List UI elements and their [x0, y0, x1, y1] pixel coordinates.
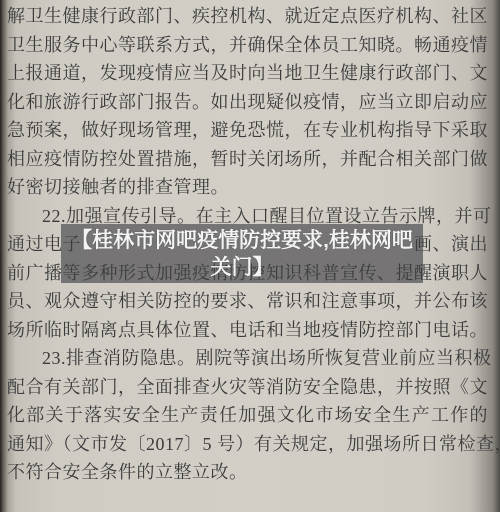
document-text-line: 好密切接触者的排查管理。 — [7, 173, 488, 202]
document-text-line: 通知》（文市发〔2017〕5 号）有关规定，加强场所日常检查， — [7, 430, 488, 459]
document-text-line: 急预案，做好现场管理，避免恐慌，在专业机构指导下采取 — [7, 116, 488, 145]
document-text-line: 卫生服务中心等联系方式，并确保全体员工知晓。畅通疫情 — [7, 31, 488, 60]
document-text-line: 相应疫情防控处置措施，暂时关闭场所，并配合相关部门做 — [7, 145, 488, 174]
caption-title: 【桂林市网吧疫情防控要求,桂林网吧关门】 — [61, 227, 423, 281]
document-text-line: 场所临时隔离点具体位置、电话和当地疫情防控部门电话。 — [7, 316, 488, 345]
scanned-document-page: 解卫生健康行政部门、疾控机构、就近定点医疗机构、社区 卫生服务中心等联系方式，并… — [0, 0, 500, 512]
document-text-line: 不符合安全条件的立整立改。 — [7, 458, 488, 487]
document-text-line: 员、观众遵守相关防控的要求、常识和注意事项，并公布该 — [7, 287, 488, 316]
document-text-line: 配合有关部门，全面排查火灾等消防安全隐患，并按照《文 — [7, 373, 488, 402]
document-text-fragment: 画、演出 — [414, 230, 488, 259]
document-text-line: 23.排查消防隐患。剧院等演出场所恢复营业前应当积极 — [7, 344, 488, 373]
document-text-line: 上报通道，发现疫情应当及时向当地卫生健康行政部门、文 — [7, 59, 488, 88]
caption-overlay: 【桂林市网吧疫情防控要求,桂林网吧关门】 — [61, 224, 423, 283]
document-text-line: 化部关于落实安全生产责任加强文化市场安全生产工作的 — [7, 401, 488, 430]
document-text-line: 化和旅游行政部门报告。如出现疑似疫情，应当立即启动应 — [7, 88, 488, 117]
document-text-line: 解卫生健康行政部门、疾控机构、就近定点医疗机构、社区 — [7, 2, 488, 31]
